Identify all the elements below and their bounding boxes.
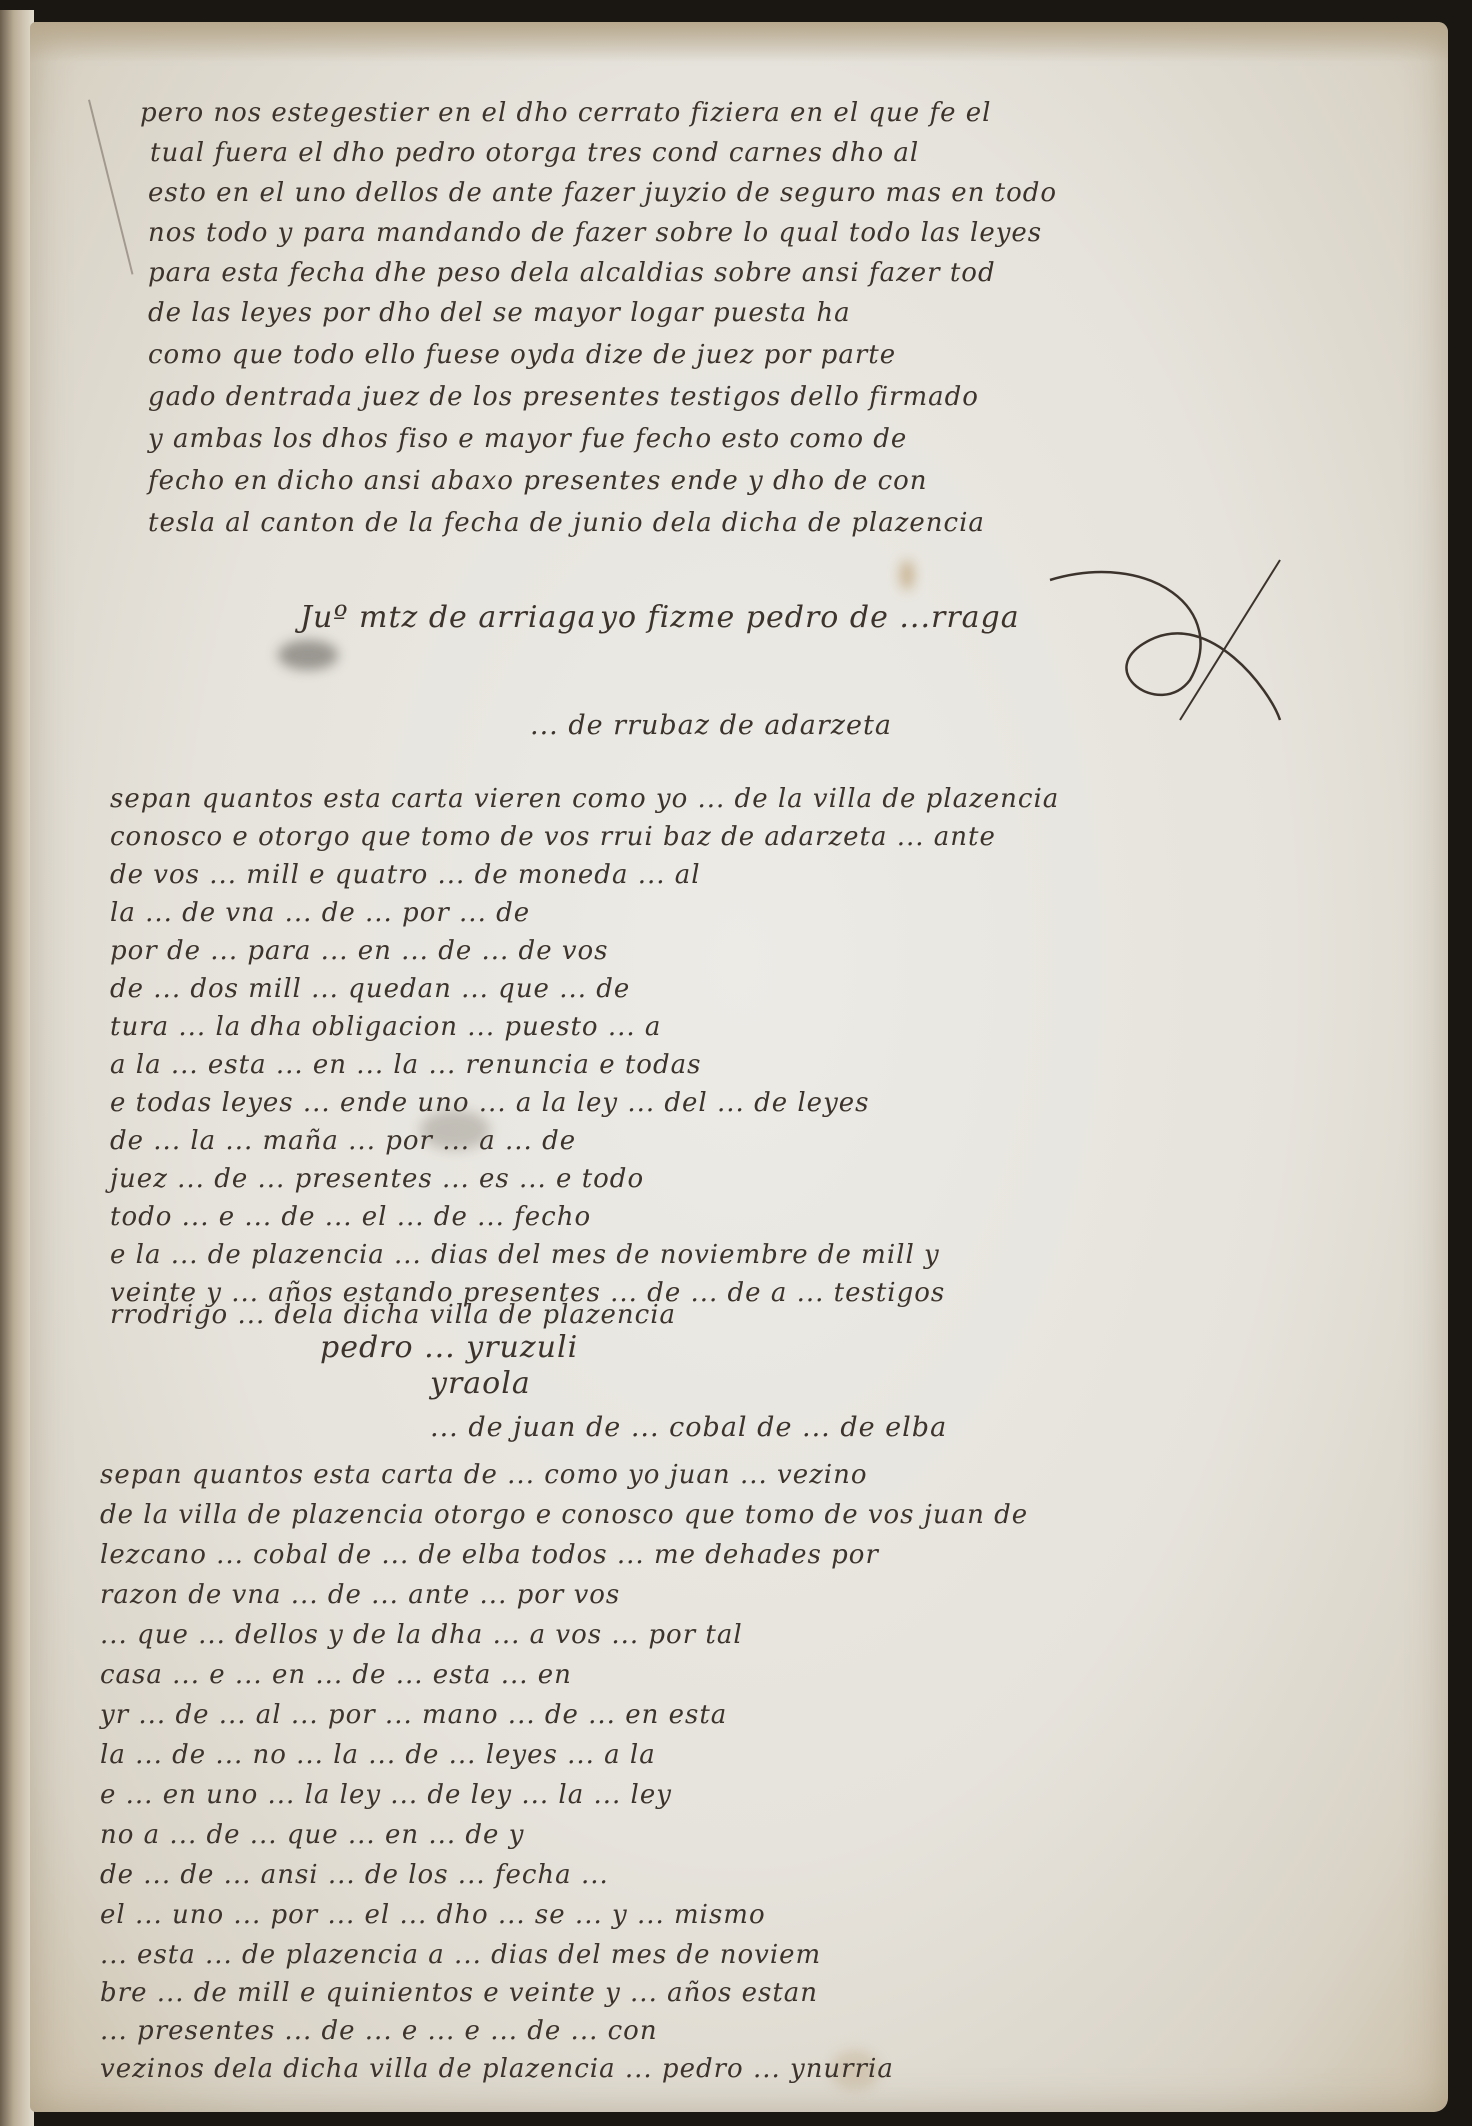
text-line: de la villa de plazencia otorgo e conosc… bbox=[100, 1500, 1028, 1530]
text-line: a la ... esta ... en ... la ... renuncia… bbox=[110, 1050, 701, 1080]
text-line: y ambas los dhos fiso e mayor fue fecho … bbox=[148, 424, 907, 454]
text-line: bre ... de mill e quinientos e veinte y … bbox=[100, 1978, 818, 2008]
text-line: rrodrigo ... dela dicha villa de plazenc… bbox=[110, 1300, 676, 1330]
text-line: esto en el uno dellos de ante fazer juyz… bbox=[148, 178, 1057, 208]
book-gutter-edge bbox=[0, 10, 34, 2126]
entry-heading: ... de rrubaz de adarzeta bbox=[530, 710, 892, 741]
text-line: tual fuera el dho pedro otorga tres cond… bbox=[150, 138, 919, 168]
text-line: e la ... de plazencia ... dias del mes d… bbox=[110, 1240, 940, 1270]
text-line: de ... la ... maña ... por ... a ... de bbox=[110, 1126, 576, 1156]
rubric-flourish-icon bbox=[1030, 550, 1290, 730]
text-line: como que todo ello fuese oyda dize de ju… bbox=[148, 340, 896, 370]
text-line: no a ... de ... que ... en ... de y bbox=[100, 1820, 524, 1850]
text-line: juez ... de ... presentes ... es ... e t… bbox=[110, 1164, 644, 1194]
signature-mark: Juº mtz de arriaga bbox=[300, 600, 596, 635]
text-line: la ... de ... no ... la ... de ... leyes… bbox=[100, 1740, 656, 1770]
text-line: de ... de ... ansi ... de los ... fecha … bbox=[100, 1860, 609, 1890]
text-line: por de ... para ... en ... de ... de vos bbox=[110, 936, 609, 966]
text-line: para esta fecha dhe peso dela alcaldias … bbox=[148, 258, 996, 288]
text-line: razon de vna ... de ... ante ... por vos bbox=[100, 1580, 620, 1610]
signature-second-line: yraola bbox=[430, 1366, 531, 1401]
page-top-wear bbox=[30, 22, 1448, 62]
text-line: vezinos dela dicha villa de plazencia ..… bbox=[100, 2054, 894, 2084]
text-line: sepan quantos esta carta vieren como yo … bbox=[110, 784, 1059, 814]
text-line: nos todo y para mandando de fazer sobre … bbox=[148, 218, 1042, 248]
text-line: el ... uno ... por ... el ... dho ... se… bbox=[100, 1900, 766, 1930]
ink-blot bbox=[278, 640, 338, 670]
entry-heading: ... de juan de ... cobal de ... de elba bbox=[430, 1412, 947, 1443]
text-line: tesla al canton de la fecha de junio del… bbox=[148, 508, 985, 538]
text-line: todo ... e ... de ... el ... de ... fech… bbox=[110, 1202, 591, 1232]
text-line: tura ... la dha obligacion ... puesto ..… bbox=[110, 1012, 661, 1042]
text-line: la ... de vna ... de ... por ... de bbox=[110, 898, 530, 928]
text-line: conosco e otorgo que tomo de vos rrui ba… bbox=[110, 822, 996, 852]
text-line: de las leyes por dho del se mayor logar … bbox=[148, 298, 851, 328]
text-line: de ... dos mill ... quedan ... que ... d… bbox=[110, 974, 630, 1004]
water-stain bbox=[900, 560, 914, 590]
text-line: e ... en uno ... la ley ... de ley ... l… bbox=[100, 1780, 672, 1810]
text-line: ... presentes ... de ... e ... e ... de … bbox=[100, 2016, 658, 2046]
text-line: pero nos estegestier en el dho cerrato f… bbox=[140, 98, 991, 128]
text-line: de vos ... mill e quatro ... de moneda .… bbox=[110, 860, 701, 890]
text-line: yr ... de ... al ... por ... mano ... de… bbox=[100, 1700, 727, 1730]
text-line: e todas leyes ... ende uno ... a la ley … bbox=[110, 1088, 870, 1118]
text-line: ... que ... dellos y de la dha ... a vos… bbox=[100, 1620, 743, 1650]
text-line: sepan quantos esta carta de ... como yo … bbox=[100, 1460, 868, 1490]
signature: pedro ... yruzuli bbox=[320, 1330, 578, 1365]
text-line: fecho en dicho ansi abaxo presentes ende… bbox=[148, 466, 928, 496]
text-line: ... esta ... de plazencia a ... dias del… bbox=[100, 1940, 821, 1970]
text-line: gado dentrada juez de los presentes test… bbox=[148, 382, 979, 412]
signature: yo fizme pedro de ...rraga bbox=[600, 600, 1020, 635]
text-line: casa ... e ... en ... de ... esta ... en bbox=[100, 1660, 572, 1690]
text-line: lezcano ... cobal de ... de elba todos .… bbox=[100, 1540, 879, 1570]
